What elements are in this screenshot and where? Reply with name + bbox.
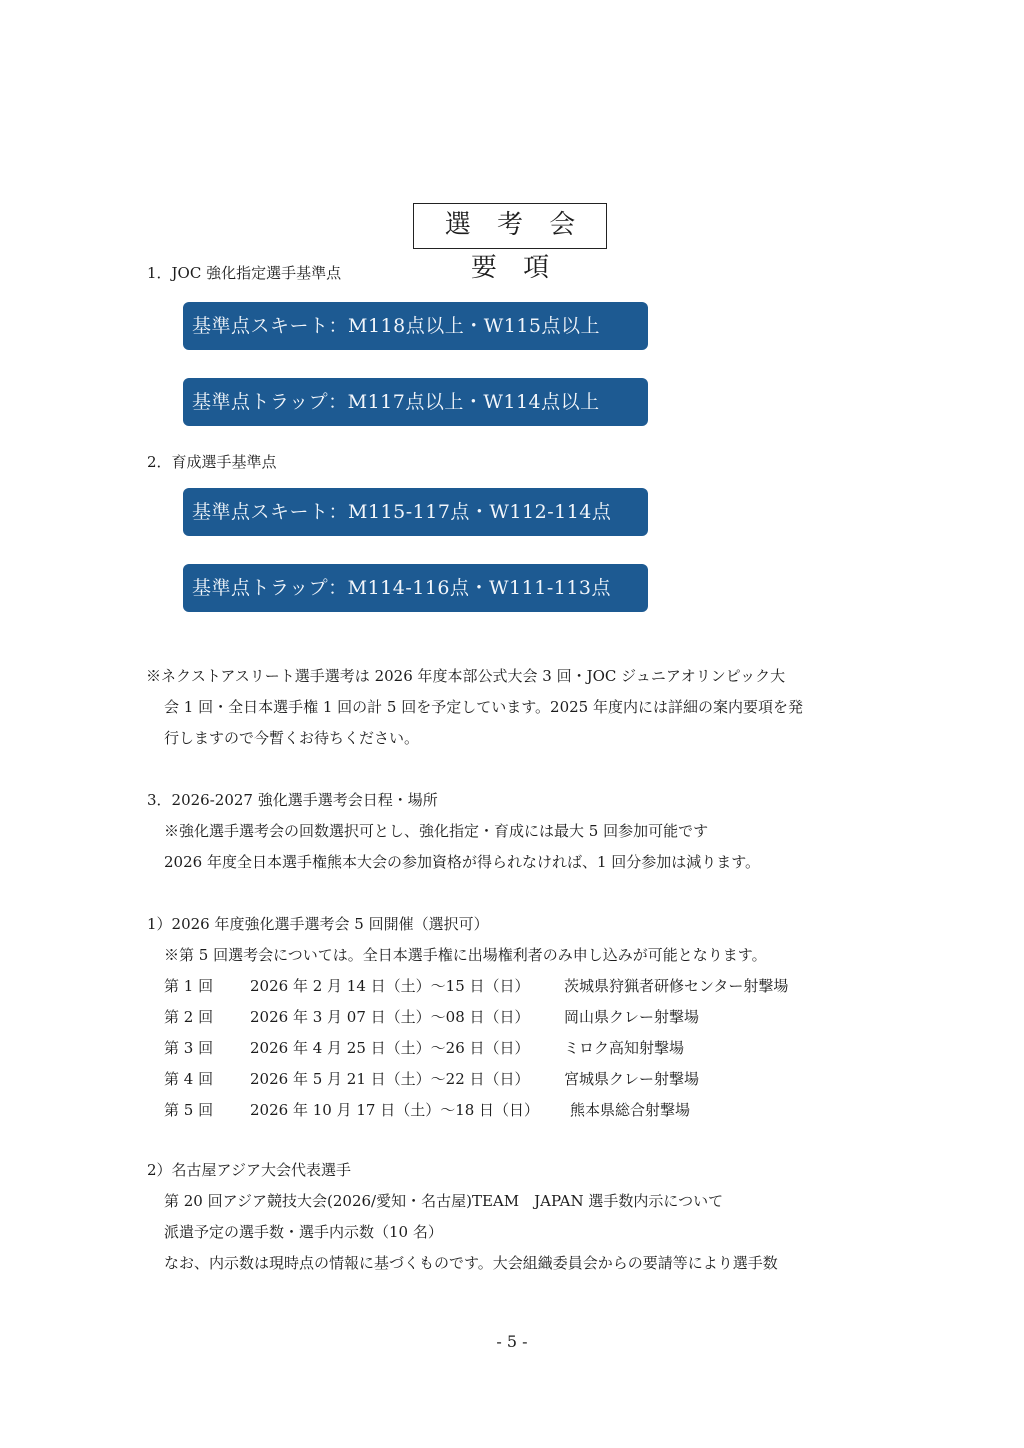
- round-date: 2026 年 2 月 14 日（土）～15 日（日）: [250, 971, 530, 1002]
- section2-heading: 2．育成選手基準点: [147, 451, 277, 472]
- schedule-row: 第 4 回 2026 年 5 月 21 日（土）～22 日（日） 宮城県クレー射…: [164, 1064, 884, 1095]
- round-date: 2026 年 5 月 21 日（土）～22 日（日）: [250, 1064, 530, 1095]
- subsection1-heading: 1）2026 年度強化選手選考会 5 回開催（選択可）: [147, 909, 489, 940]
- round-date: 2026 年 3 月 07 日（土）～08 日（日）: [250, 1002, 530, 1033]
- subsection2-line-1: 第 20 回アジア競技大会(2026/愛知・名古屋)TEAM JAPAN 選手数…: [164, 1186, 723, 1217]
- note-line-3: 行しますので今暫くお待ちください。: [164, 723, 419, 754]
- round-label: 第 5 回: [164, 1095, 213, 1126]
- round-venue: ミロク高知射撃場: [564, 1033, 684, 1064]
- trap-development-box: 基準点トラップ：M114-116点・W111-113点: [183, 564, 648, 612]
- skeet-benchmark-box: 基準点スキート：M118点以上・W115点以上: [183, 302, 648, 350]
- section3-line-2: 2026 年度全日本選手権熊本大会の参加資格が得られなければ、1 回分参加は減り…: [164, 847, 760, 878]
- trap-benchmark-box: 基準点トラップ：M117点以上・W114点以上: [183, 378, 648, 426]
- round-label: 第 1 回: [164, 971, 213, 1002]
- round-venue: 茨城県狩猟者研修センター射撃場: [564, 971, 788, 1002]
- round-date: 2026 年 4 月 25 日（土）～26 日（日）: [250, 1033, 530, 1064]
- subsection1-note: ※第 5 回選考会については。全日本選手権に出場権利者のみ申し込みが可能となりま…: [164, 940, 767, 971]
- section1-heading: 1．JOC 強化指定選手基準点: [147, 262, 341, 283]
- note-line-1: ※ネクストアスリート選手選考は 2026 年度本部公式大会 3 回・JOC ジュ…: [146, 661, 785, 692]
- subsection2-line-2: 派遣予定の選手数・選手内示数（10 名）: [164, 1217, 443, 1248]
- round-date: 2026 年 10 月 17 日（土）～18 日（日）: [250, 1095, 539, 1126]
- round-label: 第 3 回: [164, 1033, 213, 1064]
- skeet-development-box: 基準点スキート：M115-117点・W112-114点: [183, 488, 648, 536]
- round-venue: 宮城県クレー射撃場: [564, 1064, 699, 1095]
- schedule-row: 第 2 回 2026 年 3 月 07 日（土）～08 日（日） 岡山県クレー射…: [164, 1002, 884, 1033]
- section3-line-1: ※強化選手選考会の回数選択可とし、強化指定・育成には最大 5 回参加可能です: [164, 816, 708, 847]
- round-label: 第 2 回: [164, 1002, 213, 1033]
- subsection2-heading: 2）名古屋アジア大会代表選手: [147, 1155, 351, 1186]
- round-venue: 熊本県総合射撃場: [570, 1095, 690, 1126]
- note-line-2: 会 1 回・全日本選手権 1 回の計 5 回を予定しています。2025 年度内に…: [164, 692, 803, 723]
- round-venue: 岡山県クレー射撃場: [564, 1002, 699, 1033]
- page-number: - 5 -: [0, 1332, 1024, 1351]
- schedule-row: 第 3 回 2026 年 4 月 25 日（土）～26 日（日） ミロク高知射撃…: [164, 1033, 884, 1064]
- subsection2-line-3: なお、内示数は現時点の情報に基づくものです。大会組織委員会からの要請等により選手…: [164, 1248, 778, 1279]
- section3-heading: 3．2026-2027 強化選手選考会日程・場所: [147, 785, 438, 816]
- schedule-row: 第 5 回 2026 年 10 月 17 日（土）～18 日（日） 熊本県総合射…: [164, 1095, 884, 1126]
- schedule-row: 第 1 回 2026 年 2 月 14 日（土）～15 日（日） 茨城県狩猟者研…: [164, 971, 884, 1002]
- round-label: 第 4 回: [164, 1064, 213, 1095]
- page-title: 選 考 会 要 項: [413, 203, 607, 249]
